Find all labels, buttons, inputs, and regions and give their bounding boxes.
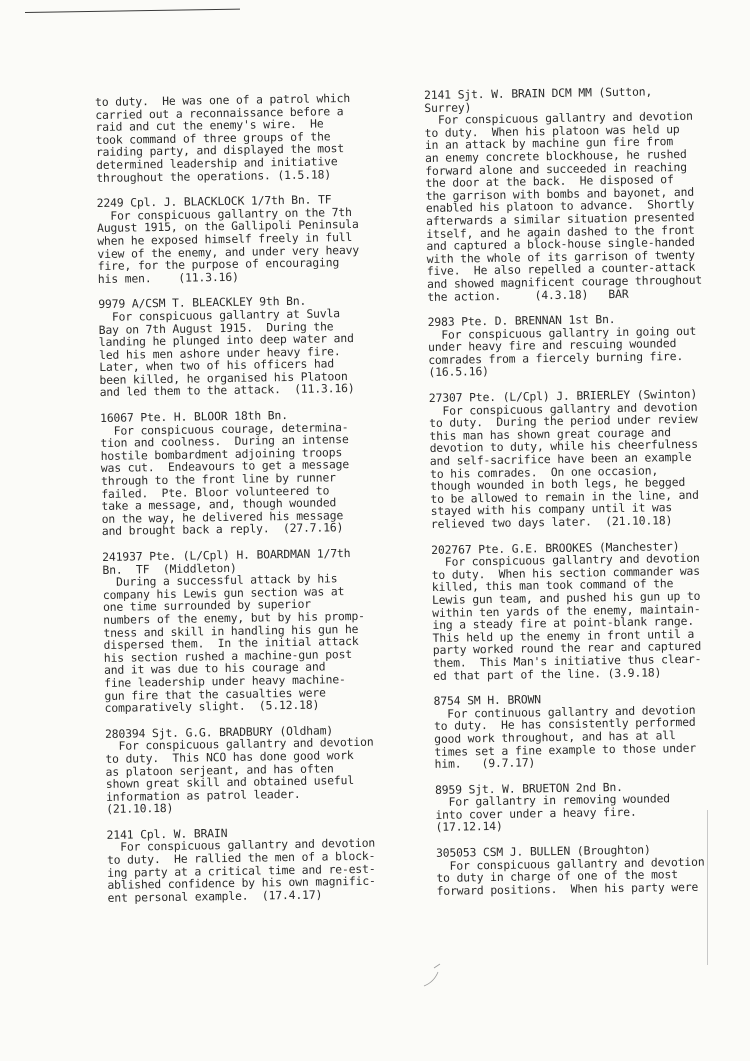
citation-entry: 2983 Pte. D. BRENNAN 1st Bn. For conspic… bbox=[428, 311, 739, 379]
citation-text-line: and brought back a reply. (27.7.16) bbox=[102, 521, 392, 538]
citation-text-line: forward positions. When his party were bbox=[437, 880, 747, 897]
citation-entry: to duty. He was one of a patrol whichcar… bbox=[95, 91, 386, 184]
citation-entry: 280394 Sjt. G.G. BRADBURY (Oldham) For c… bbox=[105, 723, 396, 816]
top-rule-line bbox=[25, 9, 240, 13]
citation-entry: 305053 CSM J. BULLEN (Broughton) For con… bbox=[436, 842, 747, 897]
citation-entry: 2141 Cpl. W. BRAIN For conspicuous galla… bbox=[107, 824, 398, 904]
citation-text-line: ent personal example. (17.4.17) bbox=[108, 887, 398, 904]
left-column: to duty. He was one of a patrol whichcar… bbox=[95, 91, 398, 917]
citation-entry: 2141 Sjt. W. BRAIN DCM MM (Sutton, Surre… bbox=[424, 84, 737, 303]
citation-entry: 8959 Sjt. W. BRUETON 2nd Bn. For gallant… bbox=[435, 779, 746, 834]
citation-text-line: comparatively slight. (5.12.18) bbox=[105, 697, 395, 714]
right-column: 2141 Sjt. W. BRAIN DCM MM (Sutton, Surre… bbox=[424, 84, 747, 910]
pen-mark-icon bbox=[420, 960, 450, 990]
citation-entry: 8754 SM H. BROWN For continuous gallantr… bbox=[434, 690, 745, 770]
citation-entry: 202767 Pte. G.E. BROOKES (Manchester) Fo… bbox=[431, 539, 743, 682]
citation-entry: 241937 Pte. (L/Cpl) H. BOARDMAN 1/7th Bn… bbox=[102, 546, 395, 714]
citation-entry: 27307 Pte. (L/Cpl) J. BRIERLEY (Swinton)… bbox=[429, 387, 741, 530]
citation-text-line: and led them to the attack. (11.3.16) bbox=[100, 382, 390, 399]
citation-text-line: relieved two days later. (21.10.18) bbox=[431, 513, 741, 530]
citation-text-line: ed that part of the line. (3.9.18) bbox=[433, 665, 743, 682]
citation-entry: 16067 Pte. H. BLOOR 18th Bn. For conspic… bbox=[100, 407, 392, 537]
citation-text-line: his men. (11.3.16) bbox=[98, 268, 388, 285]
citation-entry: 2249 Cpl. J. BLACKLOCK 1/7th Bn. TF For … bbox=[97, 193, 388, 286]
citation-entry: 9979 A/CSM T. BLEACKLEY 9th Bn. For cons… bbox=[98, 294, 390, 399]
citation-text-line: throughout the operations. (1.5.18) bbox=[96, 167, 386, 184]
